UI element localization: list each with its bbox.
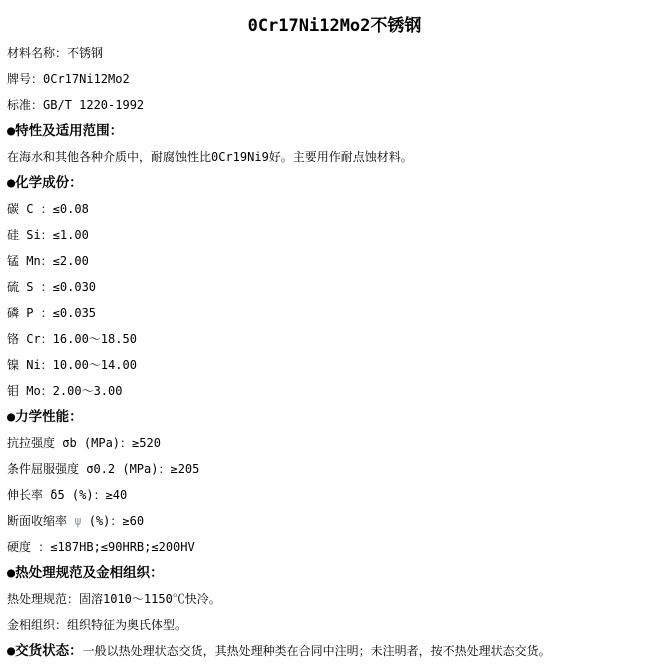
features-body: 在海水和其他各种介质中，耐腐蚀性比0Cr19Ni9好。主要用作耐点蚀材料。 (7, 144, 662, 170)
info-line-material-name: 材料名称：不锈钢 (7, 40, 662, 66)
delivery-state-heading: ●交货状态： (7, 643, 83, 659)
mech-row-hardness: 硬度 ：≤187HB;≤90HRB;≤200HV (7, 534, 662, 560)
mech-row-yield-strength: 条件屈服强度 σ0.2 (MPa)：≥205 (7, 456, 662, 482)
document-page: 0Cr17Ni12Mo2不锈钢 材料名称：不锈钢 牌号：0Cr17Ni12Mo2… (0, 0, 670, 664)
delivery-state-line: ●交货状态：一般以热处理状态交货，其热处理种类在合同中注明；未注明者，按不热处理… (7, 638, 662, 664)
info-line-standard: 标准：GB/T 1220-1992 (7, 92, 662, 118)
section-heading-heat-treatment: ●热处理规范及金相组织： (7, 560, 662, 586)
section-heading-mechanical: ●力学性能： (7, 404, 662, 430)
section-heading-chemistry: ●化学成份： (7, 170, 662, 196)
heat-treatment-spec: 热处理规范：固溶1010～1150℃快冷。 (7, 586, 662, 612)
mech-row-elongation: 伸长率 δ5 (%)：≥40 (7, 482, 662, 508)
mech-row-tensile-strength: 抗拉强度 σb (MPa)：≥520 (7, 430, 662, 456)
mech-row-reduction-of-area: 断面收缩率 ψ (%)：≥60 (7, 508, 662, 534)
chem-row-sulfur: 硫 S ：≤0.030 (7, 274, 662, 300)
chem-row-carbon: 碳 C ：≤0.08 (7, 196, 662, 222)
metallographic-structure: 金相组织：组织特征为奥氏体型。 (7, 612, 662, 638)
delivery-state-body: 一般以热处理状态交货，其热处理种类在合同中注明；未注明者，按不热处理状态交货。 (83, 644, 551, 658)
chem-row-phosphorus: 磷 P ：≤0.035 (7, 300, 662, 326)
chem-row-manganese: 锰 Mn：≤2.00 (7, 248, 662, 274)
chem-row-silicon: 硅 Si：≤1.00 (7, 222, 662, 248)
reduction-label: 断面收缩率 (7, 514, 74, 528)
info-line-grade: 牌号：0Cr17Ni12Mo2 (7, 66, 662, 92)
reduction-value: (%)：≥60 (81, 514, 144, 528)
section-heading-features: ●特性及适用范围： (7, 118, 662, 144)
page-title: 0Cr17Ni12Mo2不锈钢 (7, 12, 662, 40)
chem-row-molybdenum: 钼 Mo：2.00～3.00 (7, 378, 662, 404)
chem-row-nickel: 镍 Ni：10.00～14.00 (7, 352, 662, 378)
chem-row-chromium: 铬 Cr：16.00～18.50 (7, 326, 662, 352)
